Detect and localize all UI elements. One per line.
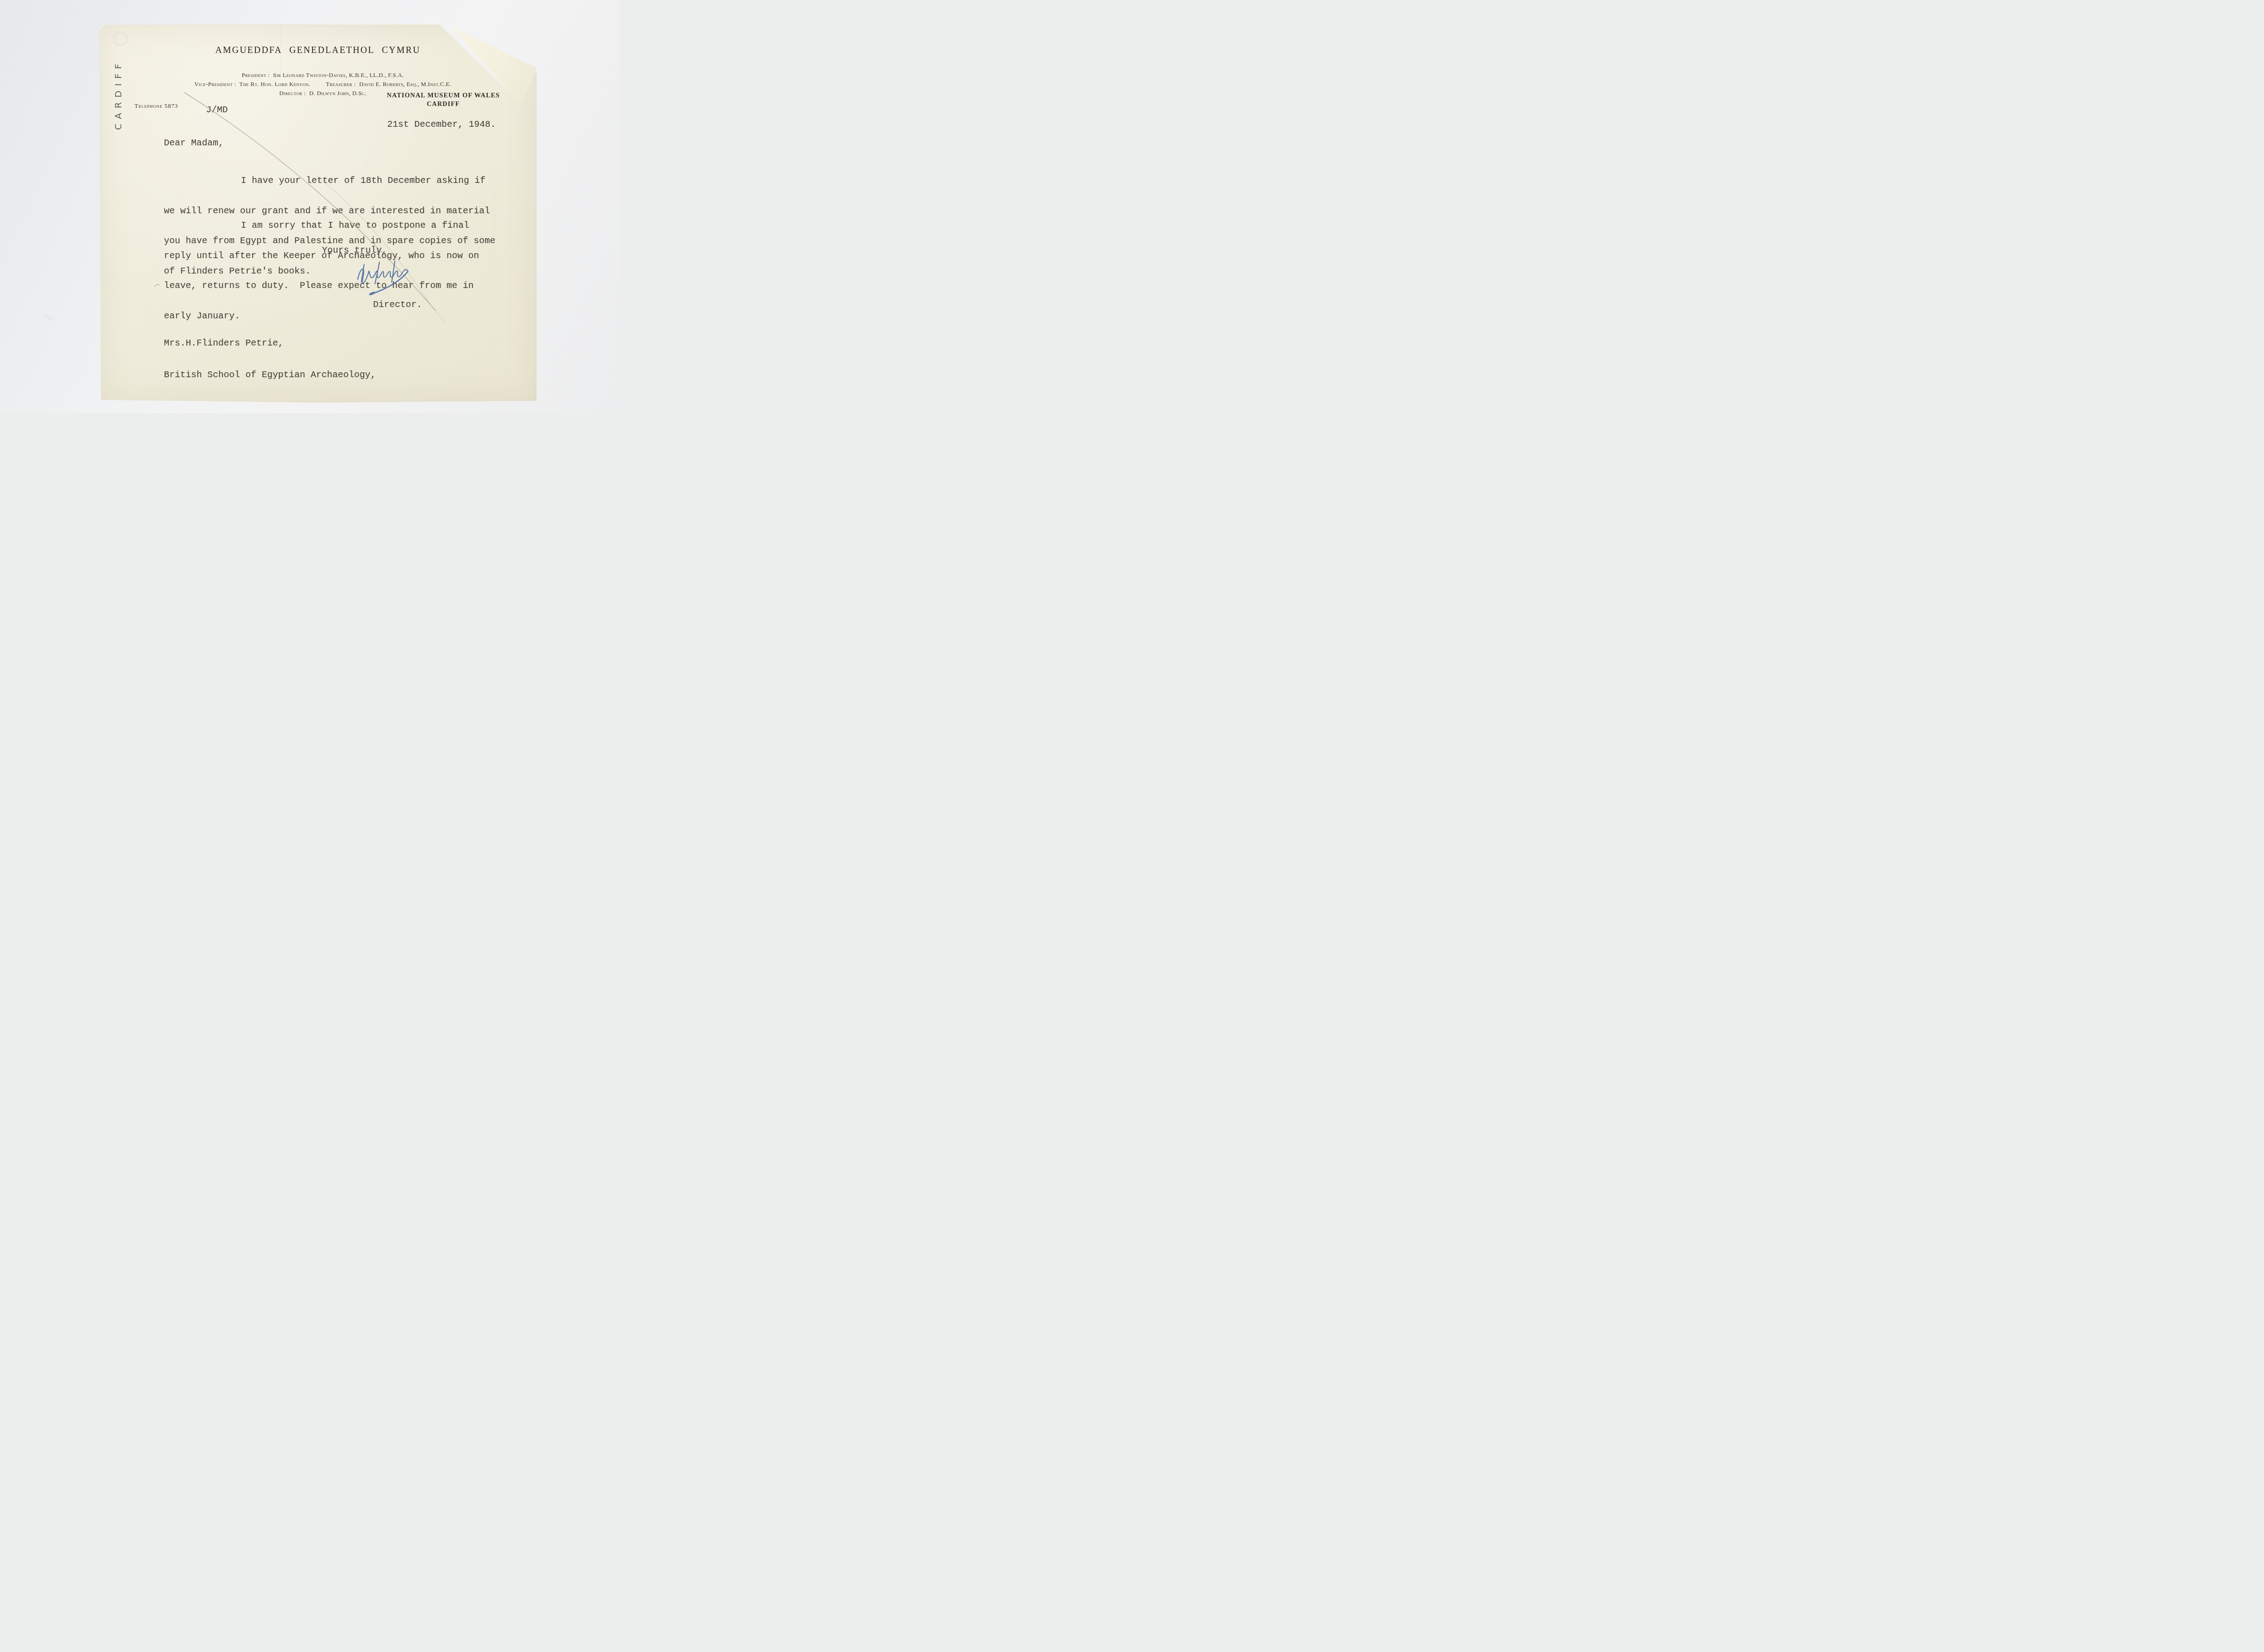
background-smudge	[45, 316, 53, 321]
letter-sheet: CARDIFF AMGUEDDFA GENEDLAETHOL CYMRU Pre…	[99, 24, 537, 403]
body-line: I have your letter of 18th December aski…	[164, 177, 495, 186]
museum-city: CARDIFF	[371, 100, 516, 109]
museum-name: NATIONAL MUSEUM OF WALES	[371, 91, 516, 100]
recipient-address: Mrs.H.Flinders Petrie, British School of…	[164, 317, 376, 413]
signature-title: Director.	[373, 300, 422, 310]
recipient-line: Mrs.H.Flinders Petrie,	[164, 338, 376, 349]
museum-address-block: NATIONAL MUSEUM OF WALES CARDIFF	[371, 91, 516, 109]
letter-date: 21st December, 1948.	[387, 120, 496, 130]
reference-initials: J/MD	[206, 105, 228, 115]
director-text: Director : D. Dilwyn John, D.Sc.	[279, 90, 366, 96]
salutation: Dear Madam,	[164, 138, 224, 149]
photo-background: CARDIFF AMGUEDDFA GENEDLAETHOL CYMRU Pre…	[0, 0, 619, 413]
recipient-line: Upfleet,	[164, 401, 376, 412]
body-line: leave, returns to duty. Please expect to…	[164, 282, 479, 291]
embossed-stamp	[113, 32, 128, 46]
telephone-number: Telephone 5873	[134, 102, 178, 110]
body-line: I am sorry that I have to postpone a fin…	[164, 221, 479, 231]
closing-phrase: Yours truly,	[322, 245, 387, 256]
recipient-line: British School of Egyptian Archaeology,	[164, 370, 376, 381]
